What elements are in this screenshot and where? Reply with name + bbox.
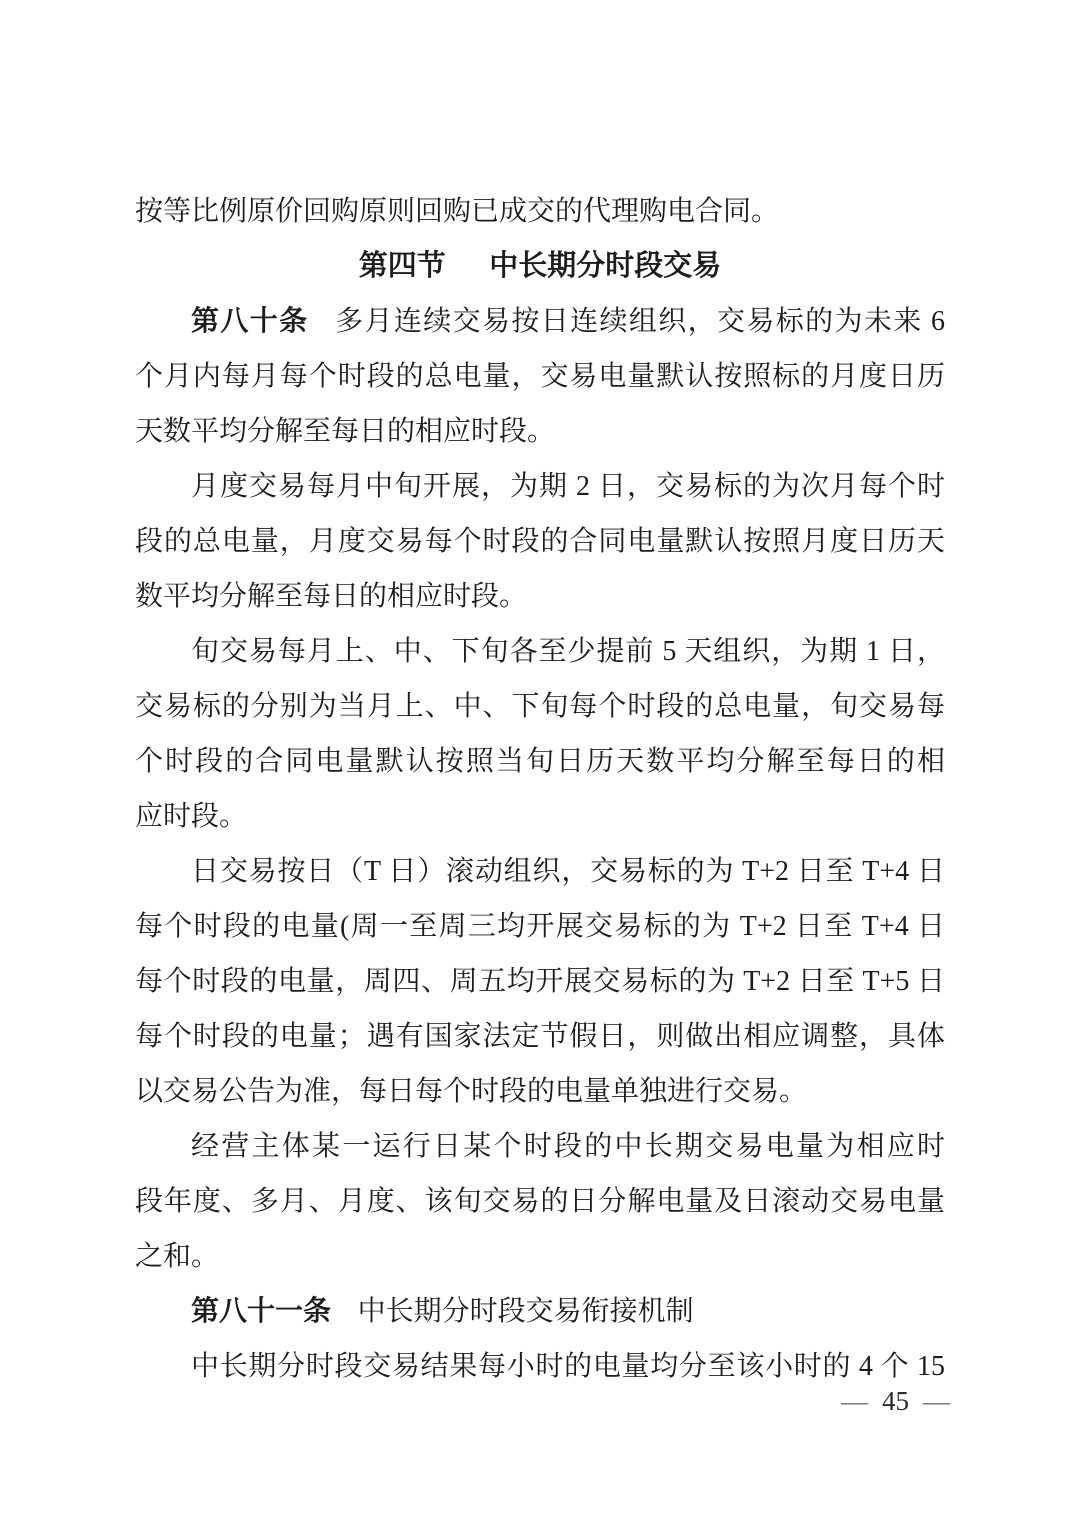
- section-heading: 第四节中长期分时段交易: [135, 239, 945, 294]
- paragraph-line: 段的总电量，月度交易每个时段的合同电量默认按照月度日历天: [135, 514, 945, 569]
- paragraph-line: 应时段。: [135, 789, 945, 844]
- paragraph-line: 之和。: [135, 1229, 945, 1284]
- paragraph-text: 多月连续交易按日连续组织，交易标的为未来 6: [335, 306, 945, 337]
- paragraph-line: 按等比例原价回购原则回购已成交的代理购电合同。: [135, 184, 945, 239]
- section-title: 中长期分时段交易: [489, 250, 721, 282]
- article-number: 第八十条: [191, 306, 309, 337]
- paragraph-line: 日交易按日（T 日）滚动组织，交易标的为 T+2 日至 T+4 日: [135, 844, 945, 899]
- footer-dash-right: —: [923, 1386, 950, 1416]
- paragraph-line: 每个时段的电量，周四、周五均开展交易标的为 T+2 日至 T+5 日: [135, 954, 945, 1009]
- paragraph-text: 中长期分时段交易衔接机制: [358, 1296, 694, 1327]
- article-number: 第八十一条: [191, 1296, 331, 1327]
- paragraph-line: 以交易公告为准，每日每个时段的电量单独进行交易。: [135, 1064, 945, 1119]
- paragraph-line: 每个时段的电量(周一至周三均开展交易标的为 T+2 日至 T+4 日: [135, 899, 945, 954]
- paragraph-line: 个月内每月每个时段的总电量，交易电量默认按照标的月度日历: [135, 349, 945, 404]
- paragraph-line: 数平均分解至每日的相应时段。: [135, 569, 945, 624]
- paragraph-line: 第八十条多月连续交易按日连续组织，交易标的为未来 6: [135, 294, 945, 349]
- section-label: 第四节: [359, 250, 446, 282]
- paragraph-line: 段年度、多月、月度、该旬交易的日分解电量及日滚动交易电量: [135, 1174, 945, 1229]
- page-footer: —45—: [135, 1384, 950, 1418]
- paragraph-line: 每个时段的电量；遇有国家法定节假日，则做出相应调整，具体: [135, 1009, 945, 1064]
- paragraph-line: 第八十一条中长期分时段交易衔接机制: [135, 1284, 945, 1339]
- paragraph-line: 经营主体某一运行日某个时段的中长期交易电量为相应时: [135, 1119, 945, 1174]
- paragraph-line: 天数平均分解至每日的相应时段。: [135, 404, 945, 459]
- page-number: 45: [882, 1386, 909, 1416]
- page-body: 按等比例原价回购原则回购已成交的代理购电合同。 第四节中长期分时段交易 第八十条…: [135, 184, 945, 1394]
- paragraph-line: 个时段的合同电量默认按照当旬日历天数平均分解至每日的相: [135, 734, 945, 789]
- paragraph-line: 旬交易每月上、中、下旬各至少提前 5 天组织，为期 1 日，: [135, 624, 945, 679]
- paragraph-line: 交易标的分别为当月上、中、下旬每个时段的总电量，旬交易每: [135, 679, 945, 734]
- document-page: 按等比例原价回购原则回购已成交的代理购电合同。 第四节中长期分时段交易 第八十条…: [0, 0, 1080, 1527]
- paragraph-line: 月度交易每月中旬开展，为期 2 日，交易标的为次月每个时: [135, 459, 945, 514]
- footer-dash-left: —: [841, 1386, 868, 1416]
